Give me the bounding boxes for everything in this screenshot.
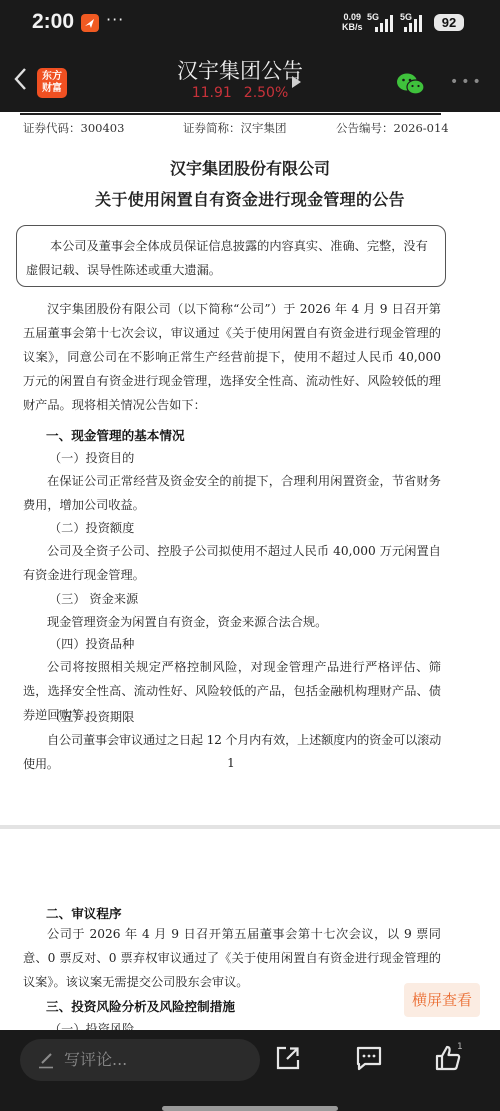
stock-quote: 11.912.50% [120, 84, 360, 102]
section-2-heading: 二、审议程序 [46, 903, 122, 922]
intro-paragraph: 汉宇集团股份有限公司（以下简称“公司”）于 2026 年 4 月 9 日召开第五… [23, 297, 441, 417]
app-header: 东方 财富 汉宇集团公告 11.912.50% ••• [0, 48, 500, 112]
subsection-heading: （五）投资期限 [49, 708, 134, 725]
home-indicator[interactable] [162, 1106, 338, 1111]
subsection-heading: （一）投资风险 [49, 1020, 134, 1030]
status-time: 2:00 [32, 10, 74, 34]
security-code: 证券代码：300403 [23, 120, 124, 136]
signal-1-icon [375, 14, 393, 32]
landscape-view-button[interactable]: 横屏查看 [404, 983, 480, 1017]
more-notifications-icon: ··· [106, 10, 124, 29]
section-1-heading: 一、现金管理的基本情况 [46, 425, 185, 444]
caret-right-icon[interactable] [292, 76, 301, 88]
back-button[interactable] [10, 64, 32, 94]
more-options-button[interactable]: ••• [450, 74, 484, 90]
like-count: 1 [457, 1042, 463, 1052]
company-name: 汉宇集团股份有限公司 [10, 156, 490, 179]
pencil-icon [38, 1051, 54, 1069]
logo-text-2: 财富 [37, 83, 67, 95]
subsection-text: 在保证公司正常经营及资金安全的前提下，合理利用闲置资金，节省财务费用，增加公司收… [23, 469, 441, 517]
wechat-share-icon[interactable] [396, 72, 426, 96]
page-title: 汉宇集团公告 [120, 58, 360, 84]
comment-placeholder: 写评论... [64, 1050, 127, 1069]
subsection-heading: （四）投资品种 [49, 635, 134, 652]
network-speed-unit: KB/s [342, 22, 363, 32]
subsection-text: 公司及全资子公司、控股子公司拟使用不超过人民币 40,000 万元闲置自有资金进… [23, 539, 441, 587]
page-number: 1 [0, 756, 462, 770]
network-speed: 0.09 KB/s [342, 12, 363, 32]
status-bar: 2:00 ··· 0.09 KB/s 5G 5G 92 [0, 0, 500, 48]
notification-app-icon [81, 14, 99, 32]
comments-button[interactable] [355, 1044, 383, 1072]
section-2-text: 公司于 2026 年 4 月 9 日召开第五届董事会第十七次会议，以 9 票同意… [23, 922, 441, 994]
section-3-heading: 三、投资风险分析及风险控制措施 [46, 996, 235, 1015]
subsection-heading: （三） 资金来源 [49, 590, 138, 607]
stock-title-block[interactable]: 汉宇集团公告 11.912.50% [120, 58, 360, 102]
security-name: 证券简称：汉宇集团 [183, 120, 287, 136]
comment-bubble-icon [355, 1044, 383, 1072]
comment-input[interactable]: 写评论... [20, 1039, 260, 1081]
eastmoney-logo[interactable]: 东方 财富 [37, 68, 67, 98]
network-speed-value: 0.09 [342, 12, 363, 22]
stock-price: 11.91 [192, 85, 232, 101]
announcement-document[interactable]: 证券代码：300403 证券简称：汉宇集团 公告编号：2026-014 汉宇集团… [0, 112, 500, 1030]
stock-change: 2.50% [244, 85, 288, 101]
subsection-heading: （一）投资目的 [49, 449, 134, 466]
disclosure-statement: 本公司及董事会全体成员保证信息披露的内容真实、准确、完整，没有虚假记载、误导性陈… [16, 225, 446, 287]
battery-icon: 92 [434, 14, 464, 31]
logo-text-1: 东方 [37, 71, 67, 83]
document-title: 关于使用闲置自有资金进行现金管理的公告 [10, 187, 490, 210]
share-button[interactable] [274, 1044, 302, 1072]
subsection-heading: （二）投资额度 [49, 519, 134, 536]
subsection-text: 现金管理资金为闲置自有资金，资金来源合法合规。 [23, 610, 441, 634]
page-divider [0, 825, 500, 829]
signal-2-icon [404, 14, 422, 32]
bottom-action-bar: 写评论... 1 [0, 1030, 500, 1111]
chevron-left-icon [10, 64, 32, 94]
share-icon [274, 1044, 302, 1072]
header-rule [20, 113, 441, 115]
notice-number: 公告编号：2026-014 [336, 120, 449, 136]
